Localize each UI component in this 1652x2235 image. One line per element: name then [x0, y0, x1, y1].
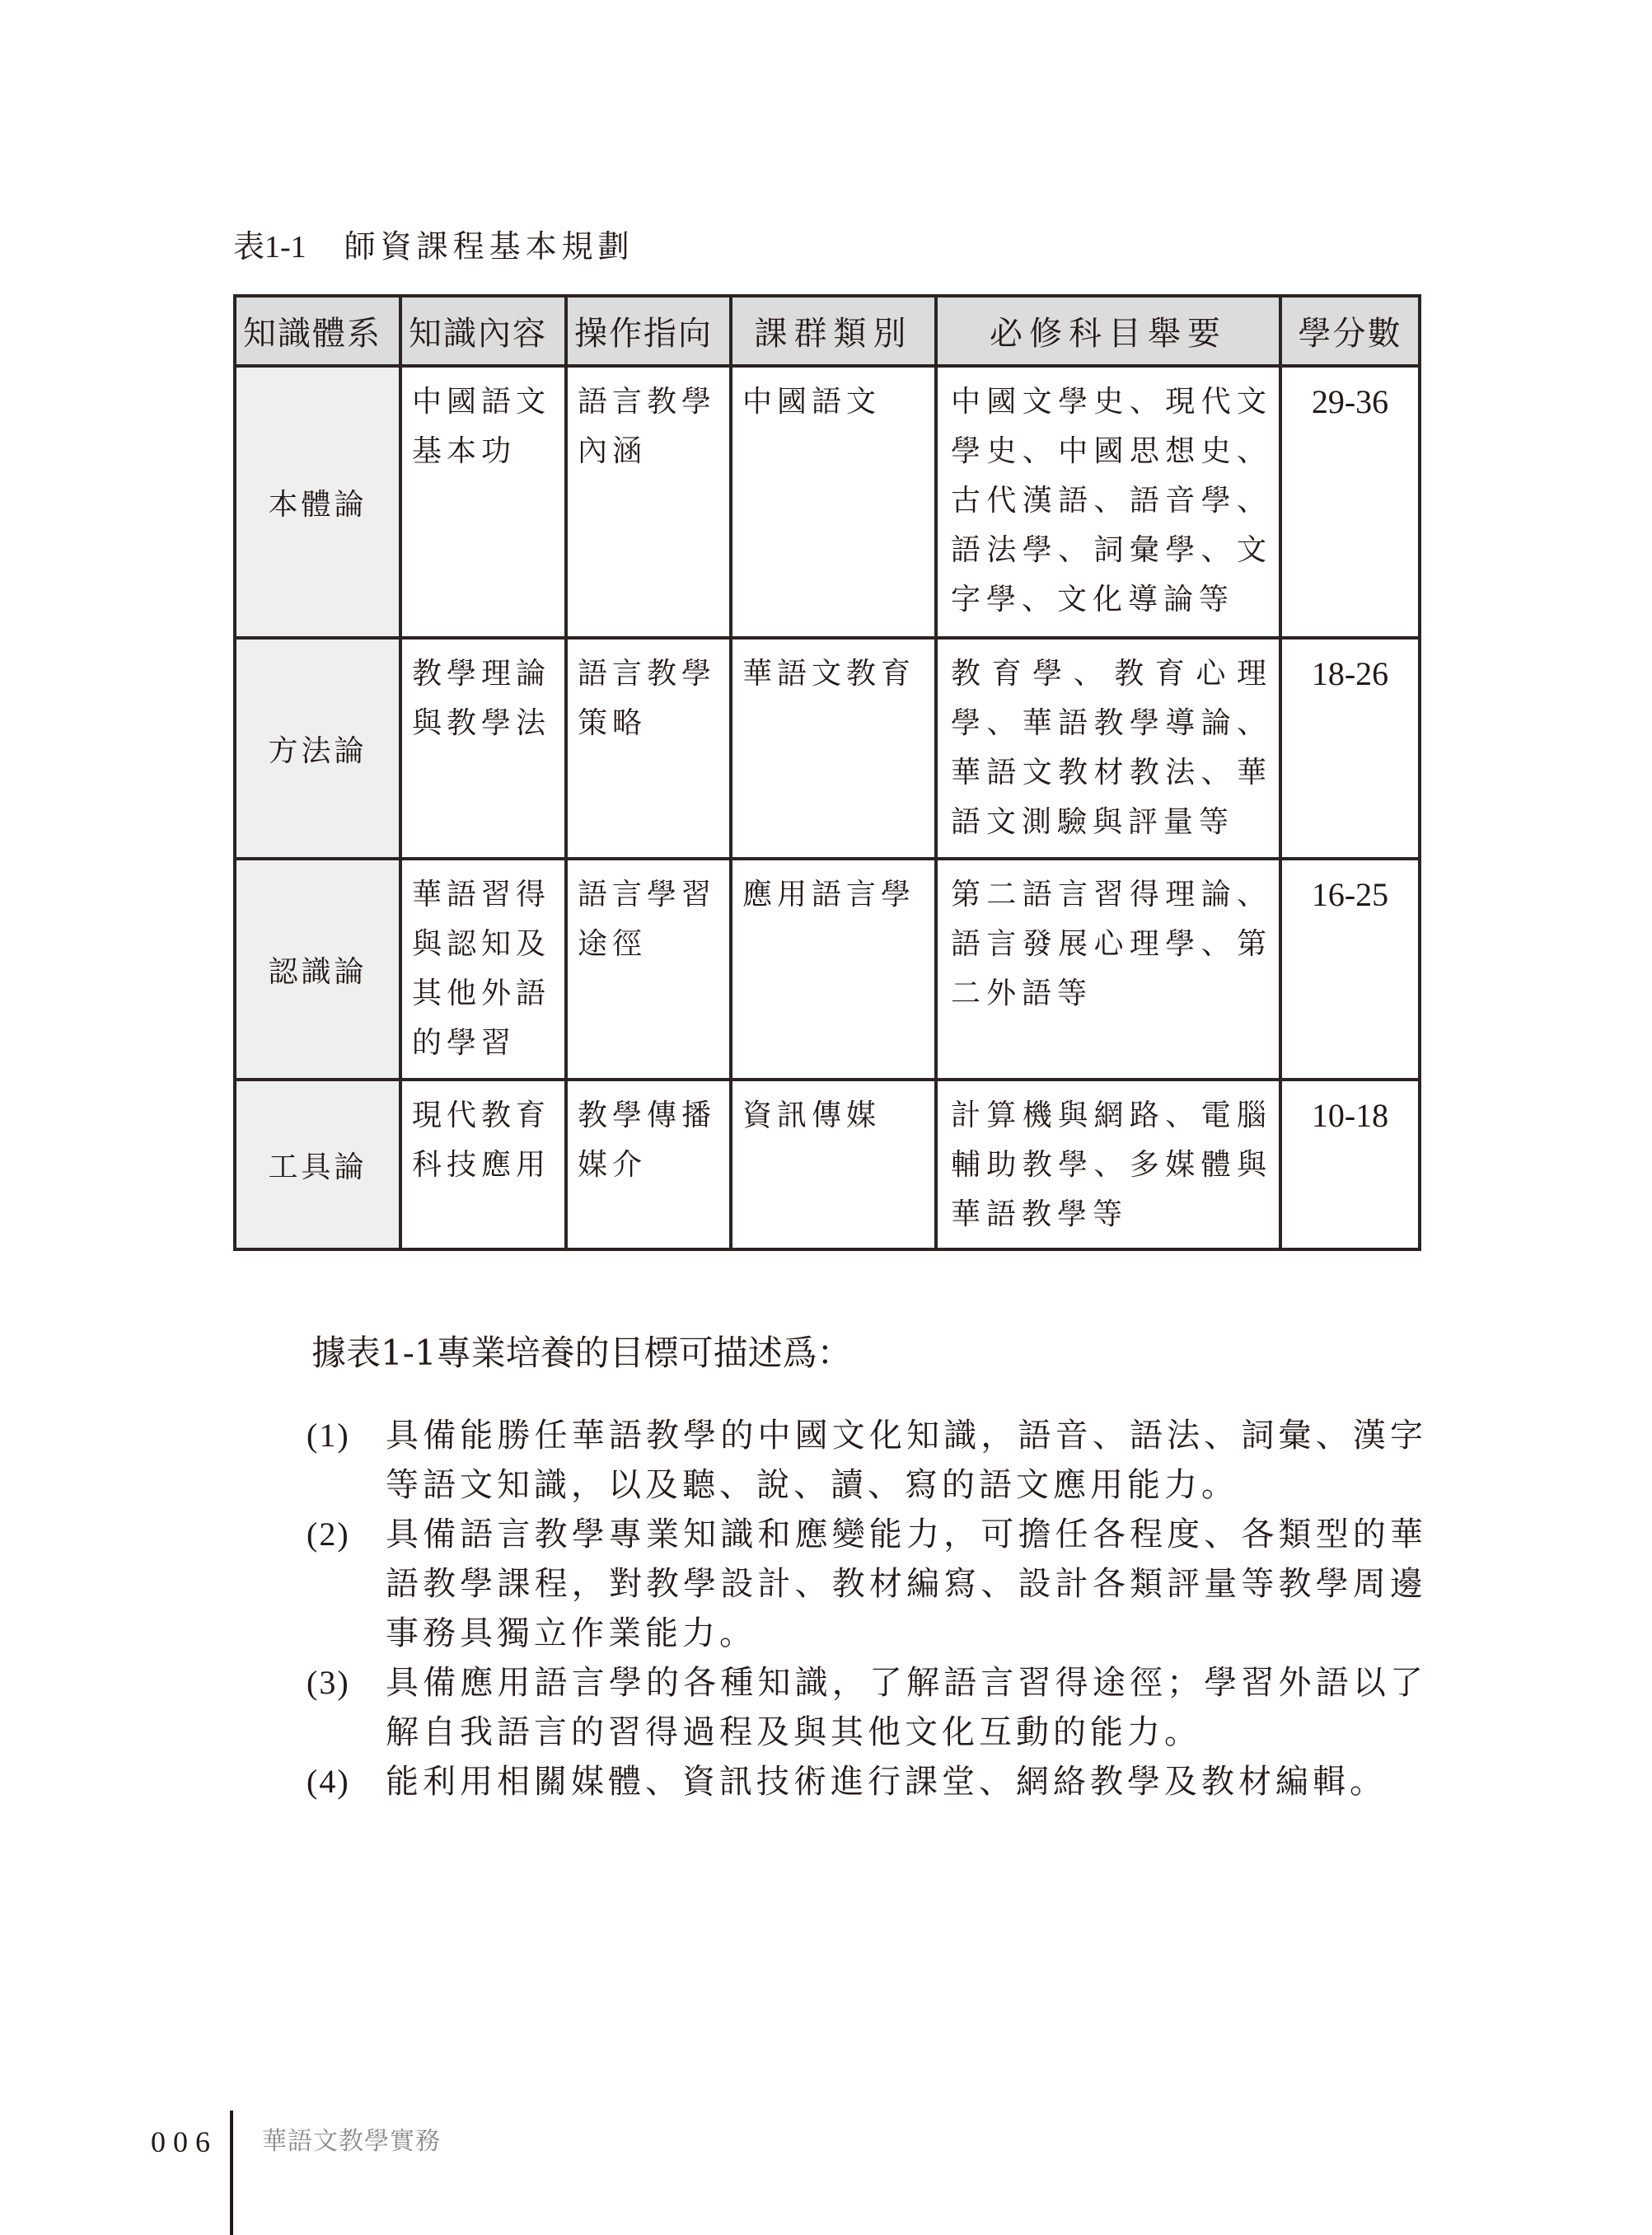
- goal-item: (3) 具備應用語言學的各種知識，了解語言習得途徑；學習外語以了解自我語言的習得…: [307, 1658, 1427, 1757]
- cell-orientation: 教學傳播媒介: [566, 1080, 731, 1249]
- cell-content: 現代教育科技應用: [400, 1080, 566, 1249]
- lead-paragraph: 據表1-1專業培養的目標可描述爲：: [311, 1328, 852, 1378]
- header-knowledge-content: 知識內容: [400, 296, 566, 366]
- cell-credits-text: 29-36: [1282, 368, 1418, 427]
- table-row: 工具論 現代教育科技應用 教學傳播媒介 資訊傳媒 計算機與網路、電腦輔助教學、多…: [235, 1080, 1420, 1249]
- cell-credits: 29-36: [1280, 366, 1420, 638]
- table-caption: 表1-1師資課程基本規劃: [233, 224, 634, 269]
- goal-number: (1): [307, 1411, 350, 1460]
- cell-group-text: 華語文教育: [732, 640, 934, 707]
- cell-system: 本體論: [235, 366, 400, 638]
- goal-number: (2): [307, 1510, 350, 1559]
- table-header-row: 知識體系 知識內容 操作指向 課群類別 必修科目舉要 學分數: [235, 296, 1420, 366]
- goal-number: (4): [307, 1757, 350, 1806]
- cell-group: 資訊傳媒: [731, 1080, 936, 1249]
- cell-orientation-text: 語言教學策略: [568, 640, 729, 757]
- cell-required-text: 中國文學史、現代文學史、中國思想史、古代漢語、語音學、語法學、詞彙學、文字學、文…: [938, 368, 1279, 633]
- cell-system: 方法論: [235, 638, 400, 859]
- goal-text: 具備應用語言學的各種知識，了解語言習得途徑；學習外語以了解自我語言的習得過程及與…: [386, 1664, 1427, 1751]
- cell-group: 華語文教育: [731, 638, 936, 859]
- header-credits: 學分數: [1280, 296, 1420, 366]
- table-row: 方法論 教學理論與教學法 語言教學策略 華語文教育 教育學、教育心理學、華語教學…: [235, 638, 1420, 859]
- cell-orientation-text: 語言學習途徑: [568, 860, 729, 977]
- header-required-subjects: 必修科目舉要: [936, 296, 1280, 366]
- cell-system: 工具論: [235, 1080, 400, 1249]
- cell-group-text: 應用語言學: [732, 860, 934, 928]
- cell-group-text: 資訊傳媒: [732, 1081, 934, 1149]
- cell-orientation: 語言教學內涵: [566, 366, 731, 638]
- goal-item: (2) 具備語言教學專業知識和應變能力，可擔任各程度、各類型的華語教學課程，對教…: [307, 1510, 1427, 1658]
- cell-content: 華語習得與認知及其他外語的學習: [400, 859, 566, 1080]
- table-row: 認識論 華語習得與認知及其他外語的學習 語言學習途徑 應用語言學 第二語言習得理…: [235, 859, 1420, 1080]
- cell-system: 認識論: [235, 859, 400, 1080]
- page-number: 006: [151, 2121, 218, 2162]
- cell-group-text: 中國語文: [732, 368, 934, 435]
- cell-orientation: 語言學習途徑: [566, 859, 731, 1080]
- header-operation-orientation: 操作指向: [566, 296, 731, 366]
- cell-group: 應用語言學: [731, 859, 936, 1080]
- cell-credits-text: 10-18: [1282, 1081, 1418, 1141]
- cell-content-text: 教學理論與教學法: [402, 640, 564, 757]
- table-caption-number: 表1-1: [233, 230, 307, 265]
- table-row: 本體論 中國語文基本功 語言教學內涵 中國語文 中國文學史、現代文學史、中國思想…: [235, 366, 1420, 638]
- cell-required: 教育學、教育心理學、華語教學導論、華語文教材教法、華語文測驗與評量等: [936, 638, 1280, 859]
- goal-text: 具備能勝任華語教學的中國文化知識，語音、語法、詞彙、漢字等語文知識，以及聽、說、…: [386, 1417, 1427, 1504]
- cell-group: 中國語文: [731, 366, 936, 638]
- cell-orientation-text: 語言教學內涵: [568, 368, 729, 485]
- cell-credits-text: 16-25: [1282, 860, 1418, 920]
- cell-required-text: 教育學、教育心理學、華語教學導論、華語文教材教法、華語文測驗與評量等: [938, 640, 1279, 855]
- cell-required: 中國文學史、現代文學史、中國思想史、古代漢語、語音學、語法學、詞彙學、文字學、文…: [936, 366, 1280, 638]
- cell-content: 中國語文基本功: [400, 366, 566, 638]
- table-caption-title: 師資課程基本規劃: [344, 228, 634, 265]
- header-course-group: 課群類別: [731, 296, 936, 366]
- cell-required: 第二語言習得理論、語言發展心理學、第二外語等: [936, 859, 1280, 1080]
- cell-content-text: 中國語文基本功: [402, 368, 564, 485]
- cell-orientation: 語言教學策略: [566, 638, 731, 859]
- cell-credits: 16-25: [1280, 859, 1420, 1080]
- goal-text: 能利用相關媒體、資訊技術進行課堂、網絡教學及教材編輯。: [386, 1763, 1387, 1801]
- cell-orientation-text: 教學傳播媒介: [568, 1081, 729, 1198]
- cell-required-text: 第二語言習得理論、語言發展心理學、第二外語等: [938, 860, 1279, 1027]
- cell-content-text: 現代教育科技應用: [402, 1081, 564, 1198]
- goal-item: (1) 具備能勝任華語教學的中國文化知識，語音、語法、詞彙、漢字等語文知識，以及…: [307, 1411, 1427, 1510]
- cell-credits: 10-18: [1280, 1080, 1420, 1249]
- cell-content-text: 華語習得與認知及其他外語的學習: [402, 860, 564, 1076]
- cell-content: 教學理論與教學法: [400, 638, 566, 859]
- curriculum-plan-table: 知識體系 知識內容 操作指向 課群類別 必修科目舉要 學分數 本體論 中國語文基…: [233, 294, 1421, 1251]
- cell-required-text: 計算機與網路、電腦輔助教學、多媒體與華語教學等: [938, 1081, 1279, 1248]
- running-book-title: 華語文教學實務: [262, 2124, 441, 2160]
- cell-credits-text: 18-26: [1282, 640, 1418, 699]
- cell-required: 計算機與網路、電腦輔助教學、多媒體與華語教學等: [936, 1080, 1280, 1249]
- goal-number: (3): [307, 1658, 350, 1708]
- goal-item: (4) 能利用相關媒體、資訊技術進行課堂、網絡教學及教材編輯。: [307, 1757, 1427, 1806]
- cell-credits: 18-26: [1280, 638, 1420, 859]
- footer-divider: [230, 2111, 233, 2235]
- header-knowledge-system: 知識體系: [235, 296, 400, 366]
- training-goals-list: (1) 具備能勝任華語教學的中國文化知識，語音、語法、詞彙、漢字等語文知識，以及…: [307, 1411, 1427, 1806]
- goal-text: 具備語言教學專業知識和應變能力，可擔任各程度、各類型的華語教學課程，對教學設計、…: [386, 1516, 1427, 1652]
